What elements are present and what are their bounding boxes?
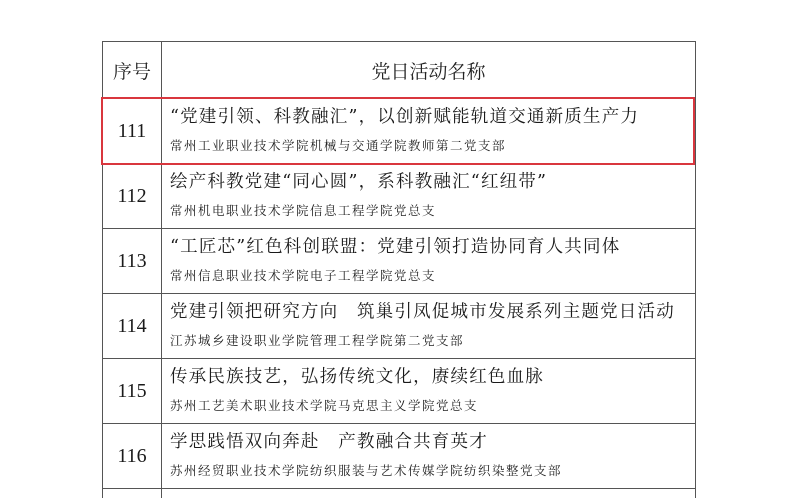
header-activity-name: 党日活动名称 [162,42,695,98]
table-row: 111 “党建引领、科教融汇”，以创新赋能轨道交通新质生产力 常州工业职业技术学… [103,99,695,164]
activity-title: 传承民族技艺，弘扬传统文化，赓续红色血脉 [170,365,695,389]
organizer-unit: 苏州工艺美术职业技术学院马克思主义学院党总支 [170,397,695,415]
row-number: 111 [118,120,147,143]
activity-title: 党建引领把研究方向 筑巢引凤促城市发展系列主题党日活动 [170,300,695,324]
table-row-partial [103,489,695,498]
activity-table: 序号 党日活动名称 111 “党建引领、科教融汇”，以创新赋能轨道交通新质生产力… [102,41,696,498]
table-row: 113 “工匠芯”红色科创联盟：党建引领打造协同育人共同体 常州信息职业技术学院… [103,229,695,294]
organizer-unit: 常州机电职业技术学院信息工程学院党总支 [170,202,695,220]
row-number: 116 [117,445,146,468]
organizer-unit: 常州工业职业技术学院机械与交通学院教师第二党支部 [170,137,695,155]
row-number: 113 [117,250,146,273]
row-number: 114 [117,315,146,338]
table-row: 114 党建引领把研究方向 筑巢引凤促城市发展系列主题党日活动 江苏城乡建设职业… [103,294,695,359]
organizer-unit: 常州信息职业技术学院电子工程学院党总支 [170,267,695,285]
activity-title: 绘产科教党建“同心圆”，系科教融汇“红纽带” [170,170,695,194]
activity-title: 学思践悟双向奔赴 产教融合共育英才 [170,430,695,454]
activity-title: “党建引领、科教融汇”，以创新赋能轨道交通新质生产力 [170,105,695,129]
table-row: 116 学思践悟双向奔赴 产教融合共育英才 苏州经贸职业技术学院纺织服装与艺术传… [103,424,695,489]
organizer-unit: 苏州经贸职业技术学院纺织服装与艺术传媒学院纺织染整党支部 [170,462,695,480]
table-header: 序号 党日活动名称 [103,42,695,99]
table-row: 112 绘产科教党建“同心圆”，系科教融汇“红纽带” 常州机电职业技术学院信息工… [103,164,695,229]
activity-title: “工匠芯”红色科创联盟：党建引领打造协同育人共同体 [170,235,695,259]
organizer-unit: 江苏城乡建设职业学院管理工程学院第二党支部 [170,332,695,350]
header-serial-number: 序号 [103,42,162,98]
row-number: 112 [117,185,146,208]
row-number: 115 [117,380,146,403]
table-row: 115 传承民族技艺，弘扬传统文化，赓续红色血脉 苏州工艺美术职业技术学院马克思… [103,359,695,424]
